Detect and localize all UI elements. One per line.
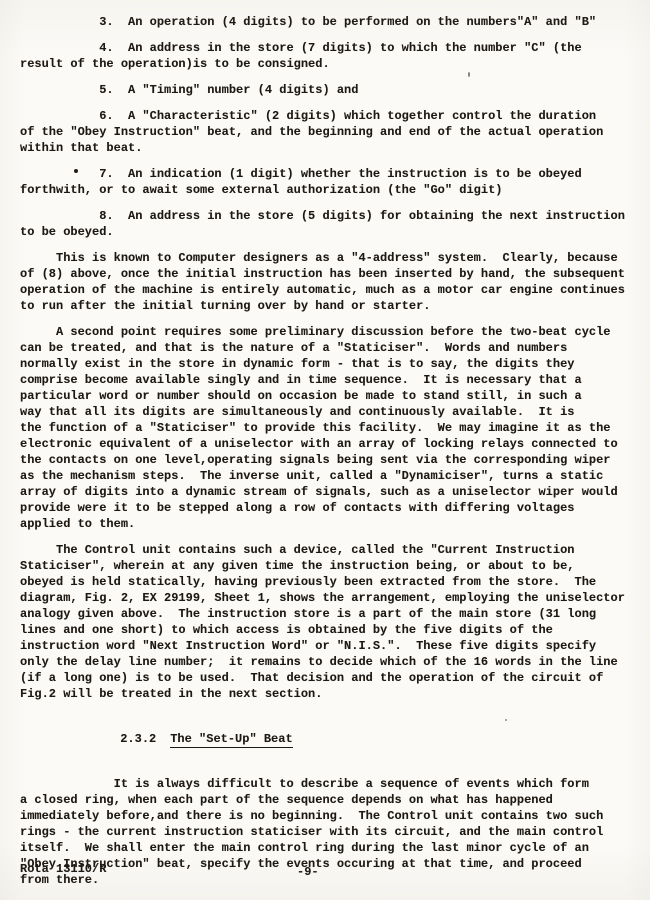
list-item-6: 6. A "Characteristic" (2 digits) which t… — [20, 108, 644, 156]
ink-speck — [505, 719, 507, 721]
ink-speck — [74, 169, 78, 173]
paragraph-staticiser: A second point requires some preliminary… — [20, 324, 644, 532]
list-item-7: 7. An indication (1 digit) whether the i… — [20, 166, 644, 198]
page-footer: Rota 13110/R -9- — [0, 862, 650, 880]
ink-speck — [468, 72, 470, 77]
section-title: The "Set-Up" Beat — [170, 732, 292, 748]
list-item-5: 5. A "Timing" number (4 digits) and — [20, 82, 644, 98]
section-number: 2.3.2 — [120, 732, 156, 746]
list-item-8: 8. An address in the store (5 digits) fo… — [20, 208, 644, 240]
paragraph-control-unit: The Control unit contains such a device,… — [20, 542, 644, 702]
paragraph-four-address-system: This is known to Computer designers as a… — [20, 250, 644, 314]
list-item-4: 4. An address in the store (7 digits) to… — [20, 40, 644, 72]
document-reference: Rota 13110/R — [20, 862, 106, 876]
page-number: -9- — [297, 865, 319, 879]
document-body: 3. An operation (4 digits) to be perform… — [20, 14, 644, 898]
document-page: 3. An operation (4 digits) to be perform… — [0, 0, 650, 900]
section-heading: 2.3.2The "Set-Up" Beat — [20, 715, 644, 763]
list-item-3: 3. An operation (4 digits) to be perform… — [20, 14, 644, 30]
